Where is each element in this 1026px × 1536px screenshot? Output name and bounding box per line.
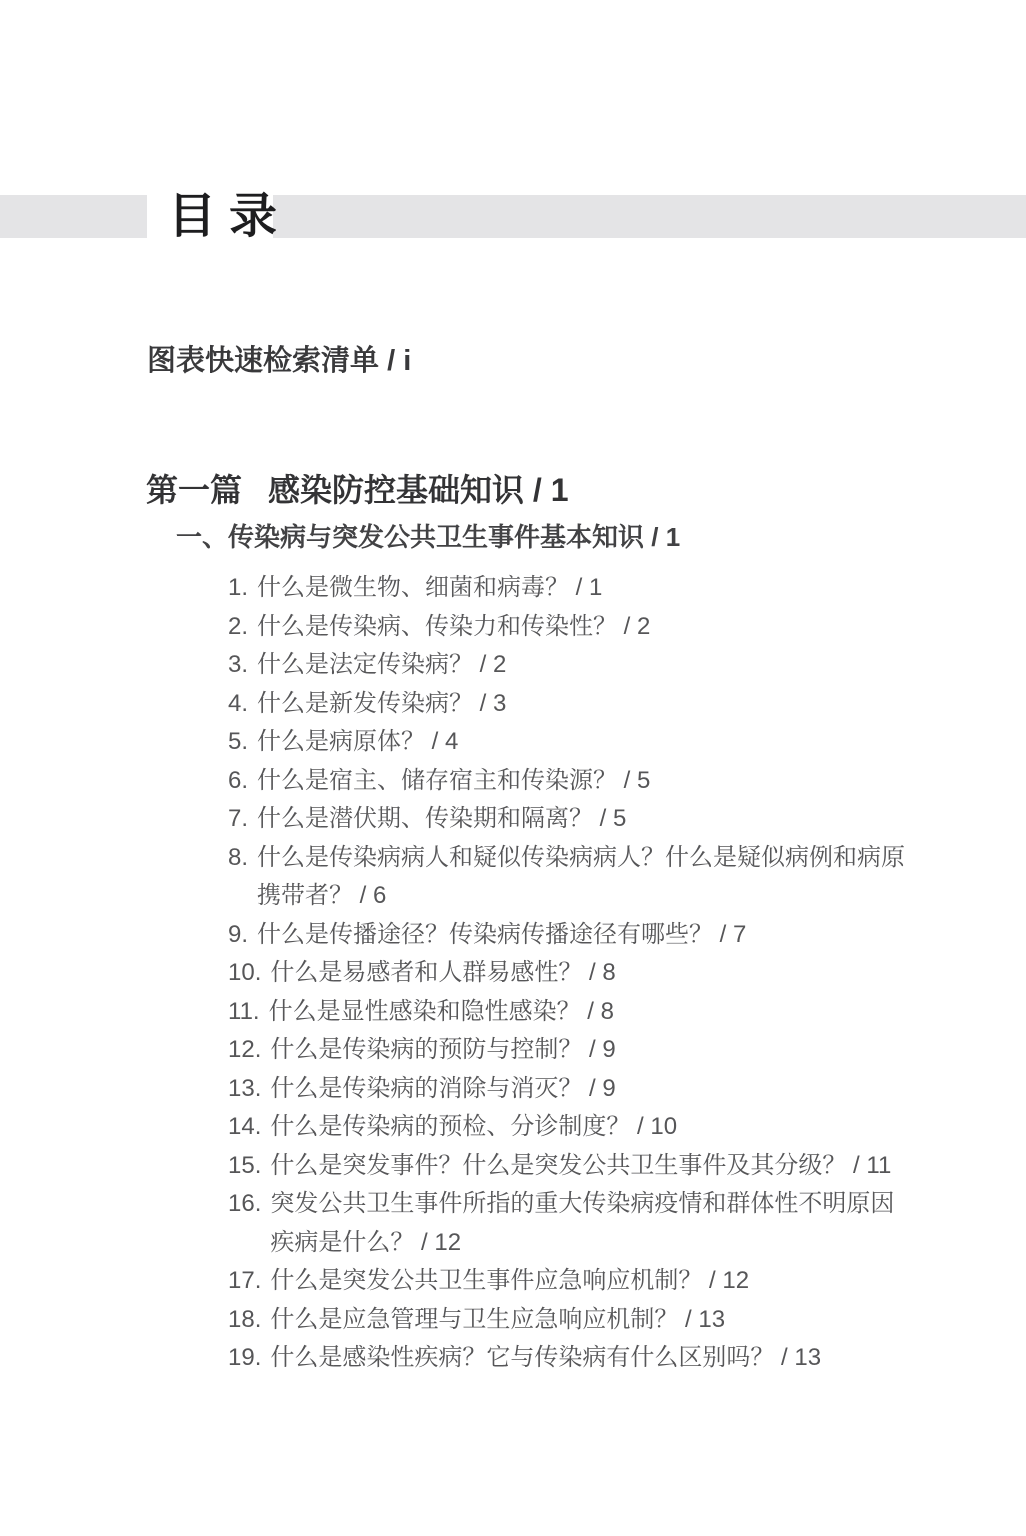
separator: / <box>379 345 403 377</box>
toc-item-number: 9. <box>228 916 248 955</box>
header-band-left <box>0 195 147 238</box>
toc-item: 4.什么是新发传染病？ / 3 <box>228 685 928 724</box>
toc-item: 13.什么是传染病的消除与消灭？ / 9 <box>228 1070 928 1109</box>
toc-item: 15.什么是突发事件？什么是突发公共卫生事件及其分级？ / 11 <box>228 1147 928 1186</box>
toc-item-number: 4. <box>228 685 248 724</box>
toc-item: 1.什么是微生物、细菌和病毒？ / 1 <box>228 569 928 608</box>
toc-page: 目录 图表快速检索清单 / i 第一篇感染防控基础知识 / 1 一、传染病与突发… <box>0 0 1026 1536</box>
toc-item: 2.什么是传染病、传染力和传染性？ / 2 <box>228 608 928 647</box>
separator: / <box>644 522 666 552</box>
toc-item-number: 19. <box>228 1339 261 1378</box>
front-entry-text: 图表快速检索清单 <box>147 345 379 377</box>
toc-item: 9.什么是传播途径？传染病传播途径有哪些？ / 7 <box>228 916 928 955</box>
toc-item: 17.什么是突发公共卫生事件应急响应机制？ / 12 <box>228 1262 928 1301</box>
toc-item-text: 什么是感染性疾病？它与传染病有什么区别吗？ / 13 <box>270 1339 928 1378</box>
toc-item: 12.什么是传染病的预防与控制？ / 9 <box>228 1031 928 1070</box>
toc-item-number: 6. <box>228 762 248 801</box>
toc-item-number: 10. <box>228 954 261 993</box>
toc-item-text: 什么是应急管理与卫生应急响应机制？ / 13 <box>270 1301 928 1340</box>
toc-item-text: 什么是显性感染和隐性感染？ / 8 <box>269 993 928 1032</box>
toc-item-number: 15. <box>228 1147 261 1186</box>
toc-item-number: 3. <box>228 646 248 685</box>
toc-item: 10.什么是易感者和人群易感性？ / 8 <box>228 954 928 993</box>
toc-item-number: 11. <box>228 993 260 1032</box>
toc-item-number: 13. <box>228 1070 261 1109</box>
toc-item-text: 什么是病原体？ / 4 <box>257 723 928 762</box>
toc-item-number: 1. <box>228 569 248 608</box>
toc-item-number: 16. <box>228 1185 261 1224</box>
toc-item-list: 1.什么是微生物、细菌和病毒？ / 12.什么是传染病、传染力和传染性？ / 2… <box>228 569 928 1378</box>
toc-item-number: 17. <box>228 1262 261 1301</box>
toc-item-text: 什么是新发传染病？ / 3 <box>257 685 928 724</box>
toc-item-text: 什么是传染病、传染力和传染性？ / 2 <box>257 608 928 647</box>
toc-item-text: 什么是突发公共卫生事件应急响应机制？ / 12 <box>270 1262 928 1301</box>
toc-item: 3.什么是法定传染病？ / 2 <box>228 646 928 685</box>
toc-item-text: 什么是法定传染病？ / 2 <box>257 646 928 685</box>
toc-item: 16.突发公共卫生事件所指的重大传染病疫情和群体性不明原因 疾病是什么？ / 1… <box>228 1185 928 1262</box>
toc-item-text: 什么是传播途径？传染病传播途径有哪些？ / 7 <box>257 916 928 955</box>
section-text: 一、传染病与突发公共卫生事件基本知识 <box>176 522 644 552</box>
toc-item-text: 什么是突发事件？什么是突发公共卫生事件及其分级？ / 11 <box>270 1147 928 1186</box>
header-band-right <box>273 195 1026 238</box>
toc-item-text: 什么是传染病的预检、分诊制度？ / 10 <box>270 1108 928 1147</box>
toc-section-heading: 一、传染病与突发公共卫生事件基本知识 / 1 <box>176 515 680 559</box>
toc-item: 14.什么是传染病的预检、分诊制度？ / 10 <box>228 1108 928 1147</box>
toc-item-number: 14. <box>228 1108 261 1147</box>
toc-item-text: 突发公共卫生事件所指的重大传染病疫情和群体性不明原因 疾病是什么？ / 12 <box>270 1185 928 1262</box>
toc-item-number: 18. <box>228 1301 261 1340</box>
toc-item-number: 12. <box>228 1031 261 1070</box>
section-page: 1 <box>666 522 680 552</box>
toc-part-heading: 第一篇感染防控基础知识 / 1 <box>146 468 569 512</box>
toc-item-number: 2. <box>228 608 248 647</box>
page-title: 目录 <box>168 193 290 241</box>
toc-front-entry: 图表快速检索清单 / i <box>147 341 411 381</box>
front-entry-page: i <box>403 345 411 377</box>
toc-item-number: 7. <box>228 800 248 839</box>
toc-item-text: 什么是微生物、细菌和病毒？ / 1 <box>257 569 928 608</box>
separator: / <box>524 472 551 508</box>
toc-item: 8.什么是传染病病人和疑似传染病病人？什么是疑似病例和病原 携带者？ / 6 <box>228 839 928 916</box>
toc-item: 6.什么是宿主、储存宿主和传染源？ / 5 <box>228 762 928 801</box>
part-label: 第一篇 <box>146 472 242 508</box>
toc-item-text: 什么是传染病的消除与消灭？ / 9 <box>270 1070 928 1109</box>
toc-item-number: 5. <box>228 723 248 762</box>
toc-item-text: 什么是传染病的预防与控制？ / 9 <box>270 1031 928 1070</box>
toc-item: 19.什么是感染性疾病？它与传染病有什么区别吗？ / 13 <box>228 1339 928 1378</box>
toc-item-text: 什么是传染病病人和疑似传染病病人？什么是疑似病例和病原 携带者？ / 6 <box>257 839 928 916</box>
toc-item: 5.什么是病原体？ / 4 <box>228 723 928 762</box>
toc-item-text: 什么是宿主、储存宿主和传染源？ / 5 <box>257 762 928 801</box>
toc-item: 11.什么是显性感染和隐性感染？ / 8 <box>228 993 928 1032</box>
toc-item: 7.什么是潜伏期、传染期和隔离？ / 5 <box>228 800 928 839</box>
toc-item: 18.什么是应急管理与卫生应急响应机制？ / 13 <box>228 1301 928 1340</box>
part-page: 1 <box>551 472 569 508</box>
toc-item-text: 什么是潜伏期、传染期和隔离？ / 5 <box>257 800 928 839</box>
toc-item-number: 8. <box>228 839 248 878</box>
toc-item-text: 什么是易感者和人群易感性？ / 8 <box>270 954 928 993</box>
part-title: 感染防控基础知识 <box>268 472 524 508</box>
